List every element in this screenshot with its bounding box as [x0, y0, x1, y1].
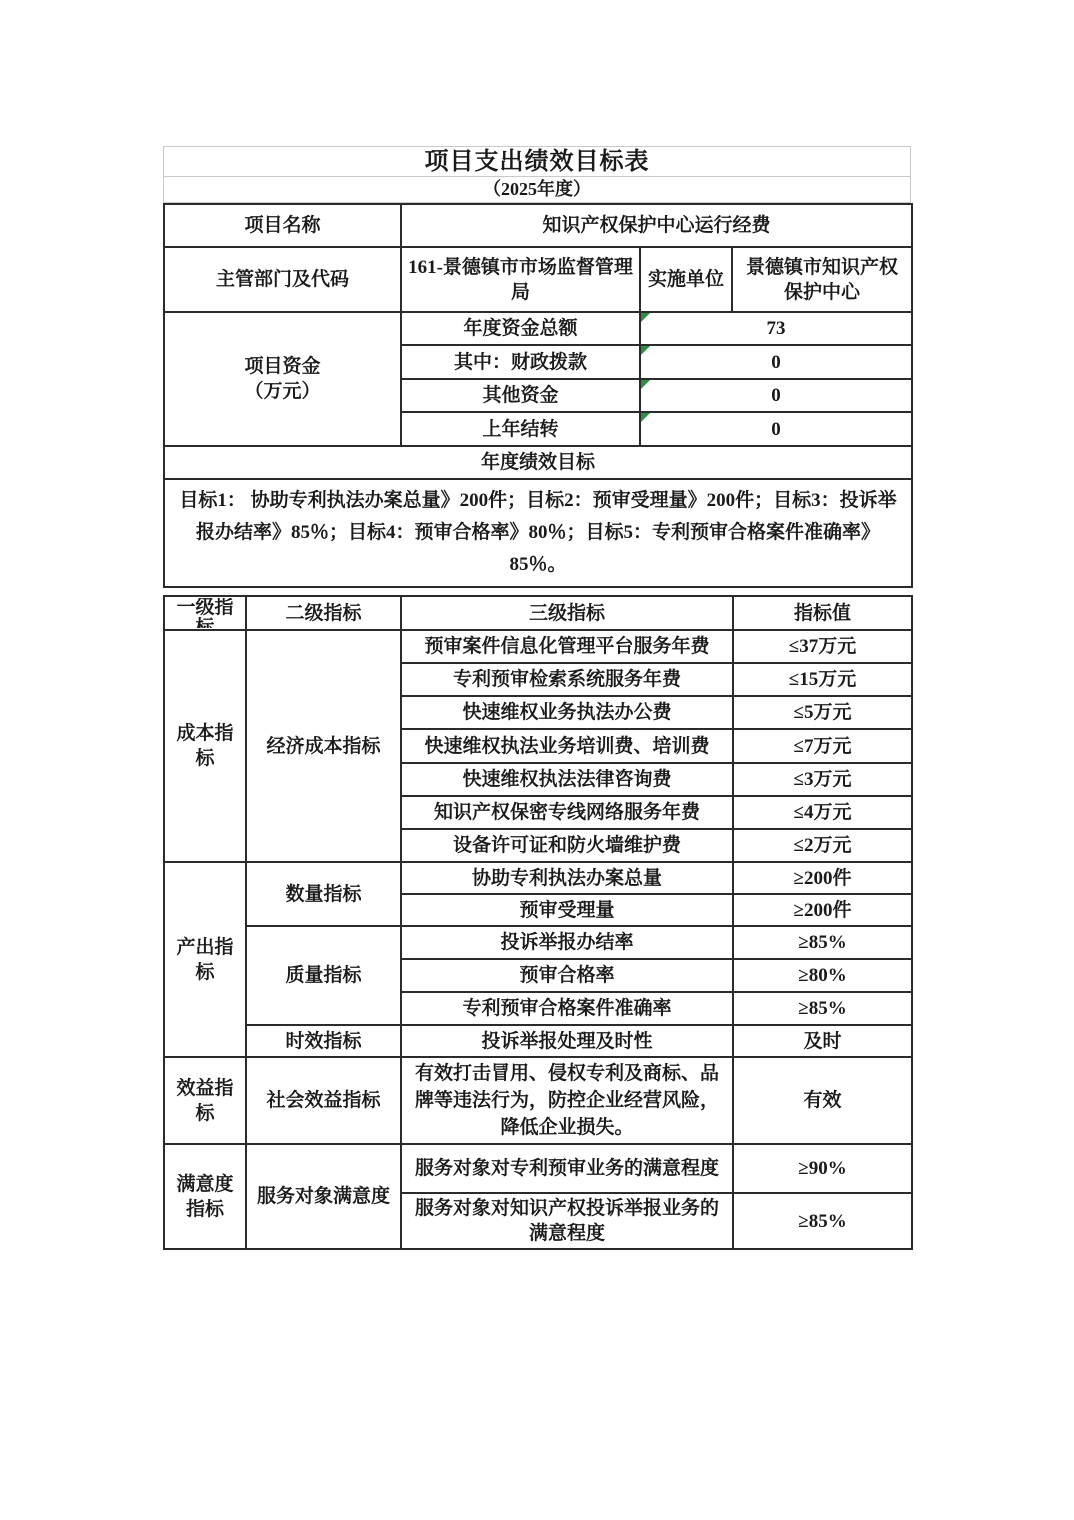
indicator-name: 有效打击冒用、侵权专利及商标、品牌等违法行为，防控企业经营风险，降低企业损失。 — [401, 1057, 733, 1144]
funds-row-label: 其中：财政拨款 — [401, 345, 640, 379]
impl-unit-label: 实施单位 — [640, 247, 732, 312]
col-header-level2: 二级指标 — [246, 596, 401, 630]
indicators-table: 一级指标 二级指标 三级指标 指标值 成本指标 经济成本指标 预审案件信息化管理… — [163, 595, 913, 1250]
funds-row-value: 0 — [640, 379, 912, 412]
funds-total-value: 73 — [767, 318, 786, 339]
excel-marker-icon — [641, 313, 650, 322]
indicator-value: ≤15万元 — [733, 663, 912, 696]
funds-label: 项目资金 （万元） — [164, 312, 401, 446]
excel-marker-icon — [641, 380, 650, 389]
excel-marker-icon — [641, 413, 650, 422]
indicator-value: ≥200件 — [733, 862, 912, 894]
indicator-value: ≤2万元 — [733, 829, 912, 862]
level2-service-satisfaction: 服务对象满意度 — [246, 1144, 401, 1249]
level2-economic-cost: 经济成本指标 — [246, 630, 401, 862]
impl-unit-value: 景德镇市知识产权保护中心 — [732, 247, 912, 312]
indicator-name: 快速维权执法法律咨询费 — [401, 763, 733, 796]
indicator-name: 快速维权执法业务培训费、培训费 — [401, 729, 733, 763]
excel-marker-icon — [641, 346, 650, 355]
col-header-level1: 一级指标 — [164, 596, 246, 630]
indicator-value: ≤3万元 — [733, 763, 912, 796]
level1-benefit: 效益指标 — [164, 1057, 246, 1144]
project-name-value: 知识产权保护中心运行经费 — [401, 204, 912, 247]
dept-label: 主管部门及代码 — [164, 247, 401, 312]
annual-goal-header: 年度绩效目标 — [164, 446, 912, 479]
dept-value: 161-景德镇市市场监督管理局 — [401, 247, 640, 312]
section-gap — [163, 588, 911, 595]
level2-timeliness: 时效指标 — [246, 1025, 401, 1057]
indicator-value: 有效 — [733, 1057, 912, 1144]
indicator-name: 协助专利执法办案总量 — [401, 862, 733, 894]
indicator-name: 快速维权业务执法办公费 — [401, 696, 733, 729]
level1-output: 产出指标 — [164, 862, 246, 1057]
project-info-table: 项目名称 知识产权保护中心运行经费 主管部门及代码 161-景德镇市市场监督管理… — [163, 203, 913, 588]
project-name-label: 项目名称 — [164, 204, 401, 247]
indicator-value: ≤4万元 — [733, 796, 912, 829]
funds-row-value: 73 — [640, 312, 912, 345]
col-header-level1-text: 一级指标 — [174, 598, 236, 628]
indicator-value: 及时 — [733, 1025, 912, 1057]
indicator-name: 预审案件信息化管理平台服务年费 — [401, 630, 733, 663]
document-title: 项目支出绩效目标表 — [163, 146, 911, 177]
level2-quality: 质量指标 — [246, 926, 401, 1025]
annual-goal-text: 目标1： 协助专利执法办案总量》200件；目标2：预审受理量》200件；目标3：… — [164, 479, 912, 587]
funds-label-line1: 项目资金 — [169, 354, 396, 379]
funds-fiscal-value: 0 — [771, 352, 781, 373]
indicator-value: ≤5万元 — [733, 696, 912, 729]
indicator-name: 设备许可证和防火墙维护费 — [401, 829, 733, 862]
indicator-name: 专利预审检索系统服务年费 — [401, 663, 733, 696]
indicator-value: ≤7万元 — [733, 729, 912, 763]
indicator-name: 投诉举报办结率 — [401, 926, 733, 959]
col-header-level3: 三级指标 — [401, 596, 733, 630]
col-header-value: 指标值 — [733, 596, 912, 630]
level2-social-benefit: 社会效益指标 — [246, 1057, 401, 1144]
funds-row-label: 其他资金 — [401, 379, 640, 412]
funds-row-value: 0 — [640, 345, 912, 379]
funds-row-label: 年度资金总额 — [401, 312, 640, 345]
indicator-name: 预审合格率 — [401, 959, 733, 992]
indicator-value: ≥85% — [733, 992, 912, 1025]
indicator-value: ≥80% — [733, 959, 912, 992]
funds-other-value: 0 — [771, 385, 781, 406]
funds-row-label: 上年结转 — [401, 412, 640, 446]
indicator-name: 服务对象对知识产权投诉举报业务的满意程度 — [401, 1193, 733, 1249]
indicator-value: ≤37万元 — [733, 630, 912, 663]
funds-row-value: 0 — [640, 412, 912, 446]
indicator-name: 知识产权保密专线网络服务年费 — [401, 796, 733, 829]
performance-target-document: 项目支出绩效目标表 （2025年度） 项目名称 知识产权保护中心运行经费 主管部… — [163, 146, 911, 1250]
document-subtitle: （2025年度） — [163, 177, 911, 203]
indicator-name: 服务对象对专利预审业务的满意程度 — [401, 1144, 733, 1193]
indicator-name: 专利预审合格案件准确率 — [401, 992, 733, 1025]
indicator-name: 投诉举报处理及时性 — [401, 1025, 733, 1057]
indicator-value: ≥85% — [733, 926, 912, 959]
indicator-value: ≥85% — [733, 1193, 912, 1249]
indicator-value: ≥200件 — [733, 894, 912, 926]
funds-carryover-value: 0 — [771, 419, 781, 440]
level1-satisfaction: 满意度指标 — [164, 1144, 246, 1249]
level1-cost: 成本指标 — [164, 630, 246, 862]
indicator-value: ≥90% — [733, 1144, 912, 1193]
document-page: { "title": "项目支出绩效目标表", "subtitle": "（20… — [0, 0, 1074, 1520]
level2-quantity: 数量指标 — [246, 862, 401, 926]
funds-label-line2: （万元） — [169, 379, 396, 404]
indicator-name: 预审受理量 — [401, 894, 733, 926]
